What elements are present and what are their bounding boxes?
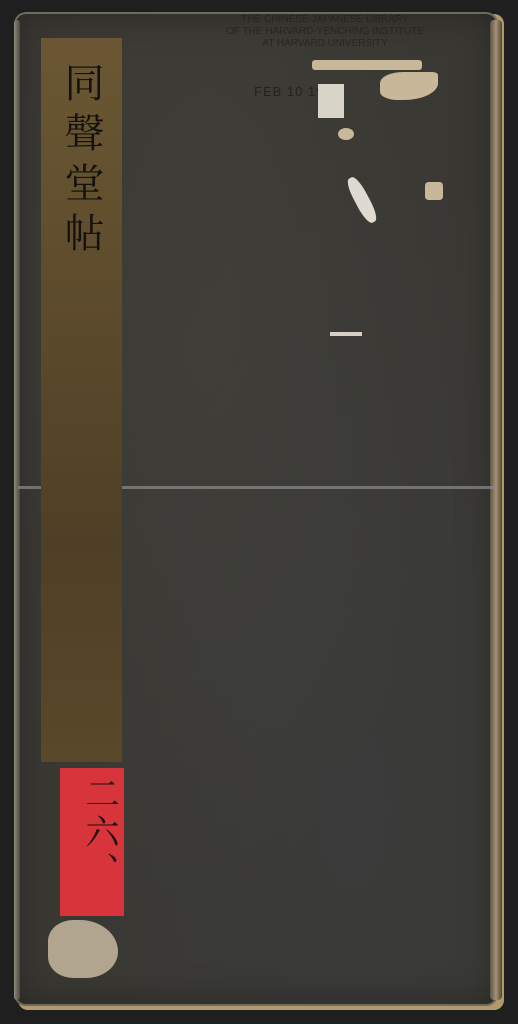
cover-tear [330, 332, 362, 336]
cover-tear [338, 128, 354, 140]
volume-label: 二六、 [60, 768, 124, 916]
volume-number: 二六、 [60, 776, 124, 890]
title-label-strip: 同聲堂帖 [41, 38, 122, 762]
cover-tear [312, 60, 422, 70]
stamp-line-1: THE CHINESE-JAPANESE LIBRARY [195, 14, 455, 26]
cover-tear [425, 182, 443, 200]
spine-edge [14, 20, 20, 1000]
library-stamp: THE CHINESE-JAPANESE LIBRARY OF THE HARV… [195, 14, 455, 50]
stamp-line-2: OF THE HARVARD-YENCHING INSTITUTE [195, 26, 455, 38]
fore-edge [490, 20, 502, 1000]
stamp-line-3: AT HARVARD UNIVERSITY [195, 38, 455, 50]
book-title: 同聲堂帖 [41, 62, 122, 262]
cover-tear [318, 84, 344, 118]
